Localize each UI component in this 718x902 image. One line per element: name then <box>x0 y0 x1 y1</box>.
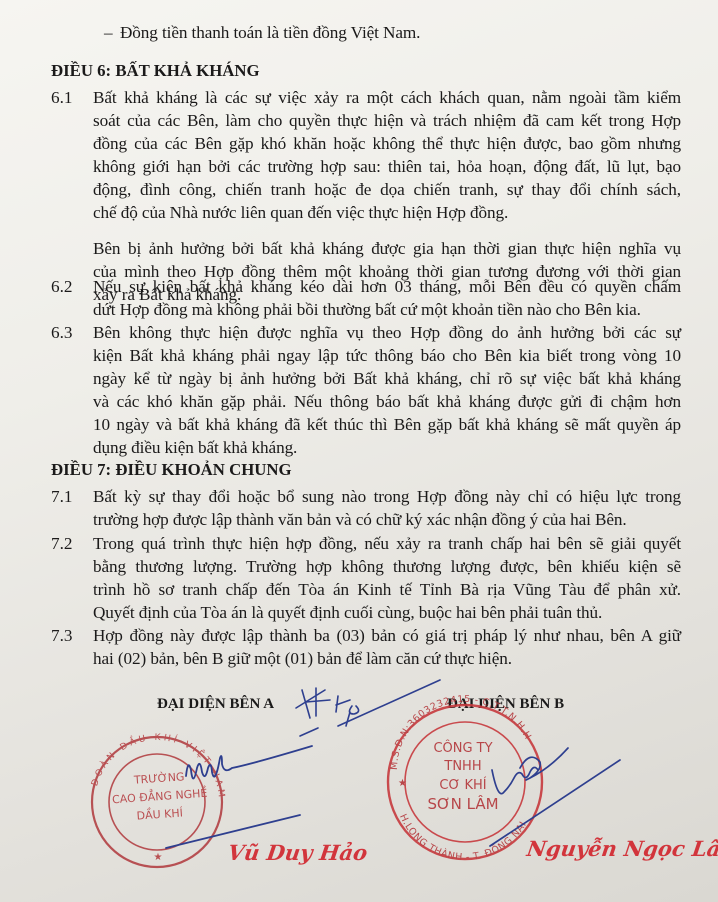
stamp-party-a: ĐOÀN DẦU KHÍ VIỆT NAM TRƯỜNG CAO ĐẲNG NG… <box>90 733 226 867</box>
svg-text:SƠN LÂM: SƠN LÂM <box>427 794 498 813</box>
svg-text:TNHH: TNHH <box>443 759 481 774</box>
svg-text:DẦU KHÍ: DẦU KHÍ <box>136 805 183 822</box>
party-b-name: Nguyễn Ngọc Lâm <box>525 836 718 861</box>
svg-text:CƠ KHÍ: CƠ KHÍ <box>439 777 486 793</box>
signature-party-b <box>490 748 620 846</box>
stamp-party-b: M.S.D.N:3603232415 - C.T.T.N.H.H H.LONG … <box>388 694 542 863</box>
svg-text:★: ★ <box>398 778 407 789</box>
svg-text:★: ★ <box>154 852 163 863</box>
svg-text:H.LONG THÀNH - T. ĐỒNG NAI: H.LONG THÀNH - T. ĐỒNG NAI <box>397 812 529 863</box>
party-a-name: Vũ Duy Hảo <box>226 840 369 865</box>
svg-text:TRƯỜNG: TRƯỜNG <box>133 770 185 787</box>
signature-overlay: ĐOÀN DẦU KHÍ VIỆT NAM TRƯỜNG CAO ĐẲNG NG… <box>0 0 718 902</box>
svg-text:CÔNG TY: CÔNG TY <box>433 740 492 756</box>
svg-text:CAO ĐẲNG NGHỀ: CAO ĐẲNG NGHỀ <box>112 785 208 807</box>
contract-page: – Đồng tiền thanh toán là tiền đồng Việt… <box>0 0 718 902</box>
initials-signature <box>296 680 440 736</box>
